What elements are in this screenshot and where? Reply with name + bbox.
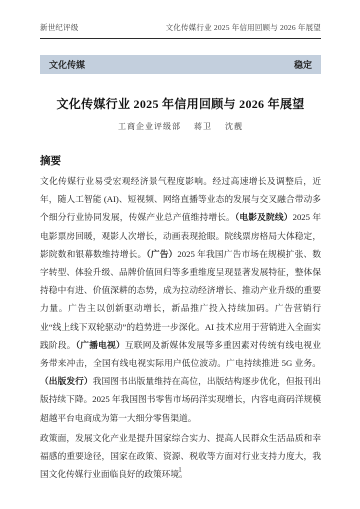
sector-outlook-bar: 文化传媒 稳定 (40, 55, 321, 74)
abstract-body: 文化传媒行业易受宏观经济景气程度影响。经过高速增长及调整后，近年，随人工智能 (… (40, 172, 321, 483)
abstract-paragraph-1: 文化传媒行业易受宏观经济景气程度影响。经过高速增长及调整后，近年，随人工智能 (… (40, 172, 321, 427)
outlook-label: 稳定 (294, 58, 312, 71)
header-brand: 新世纪评级 (40, 22, 79, 33)
abstract-p1-subheading-advertising: （广告） (146, 249, 177, 259)
abstract-heading: 摘要 (40, 153, 321, 168)
page-header: 新世纪评级 文化传媒行业 2025 年信用回顾与 2026 年展望 (40, 22, 321, 39)
report-title: 文化传媒行业 2025 年信用回顾与 2026 年展望 (40, 95, 321, 112)
byline-department: 工商企业评级部 (118, 122, 181, 131)
abstract-paragraph-2: 政策面，发展文化产业是提升国家综合实力、提高人民群众生活品质和幸福感的重要途径，… (40, 429, 321, 484)
byline-analyst-1: 蒋卫 (194, 122, 212, 131)
header-report-title: 文化传媒行业 2025 年信用回顾与 2026 年展望 (166, 22, 321, 33)
byline-analyst-2: 沈靓 (225, 122, 243, 131)
sector-label: 文化传媒 (49, 58, 85, 71)
abstract-p1-text-3: 2025 年我国广告市场在规模扩张、数字转型、体验升级、品牌价值回归等多重维度呈… (40, 249, 321, 350)
abstract-p1-subheading-publishing: （出版发行） (40, 376, 93, 386)
page-number: 1 (0, 466, 360, 474)
abstract-p1-subheading-film: （电影及院线） (235, 212, 293, 222)
abstract-p1-subheading-broadcast-tv: （广播电视） (76, 340, 125, 350)
report-page: 新世纪评级 文化传媒行业 2025 年信用回顾与 2026 年展望 文化传媒 稳… (0, 0, 360, 509)
byline: 工商企业评级部 蒋卫 沈靓 (40, 121, 321, 132)
